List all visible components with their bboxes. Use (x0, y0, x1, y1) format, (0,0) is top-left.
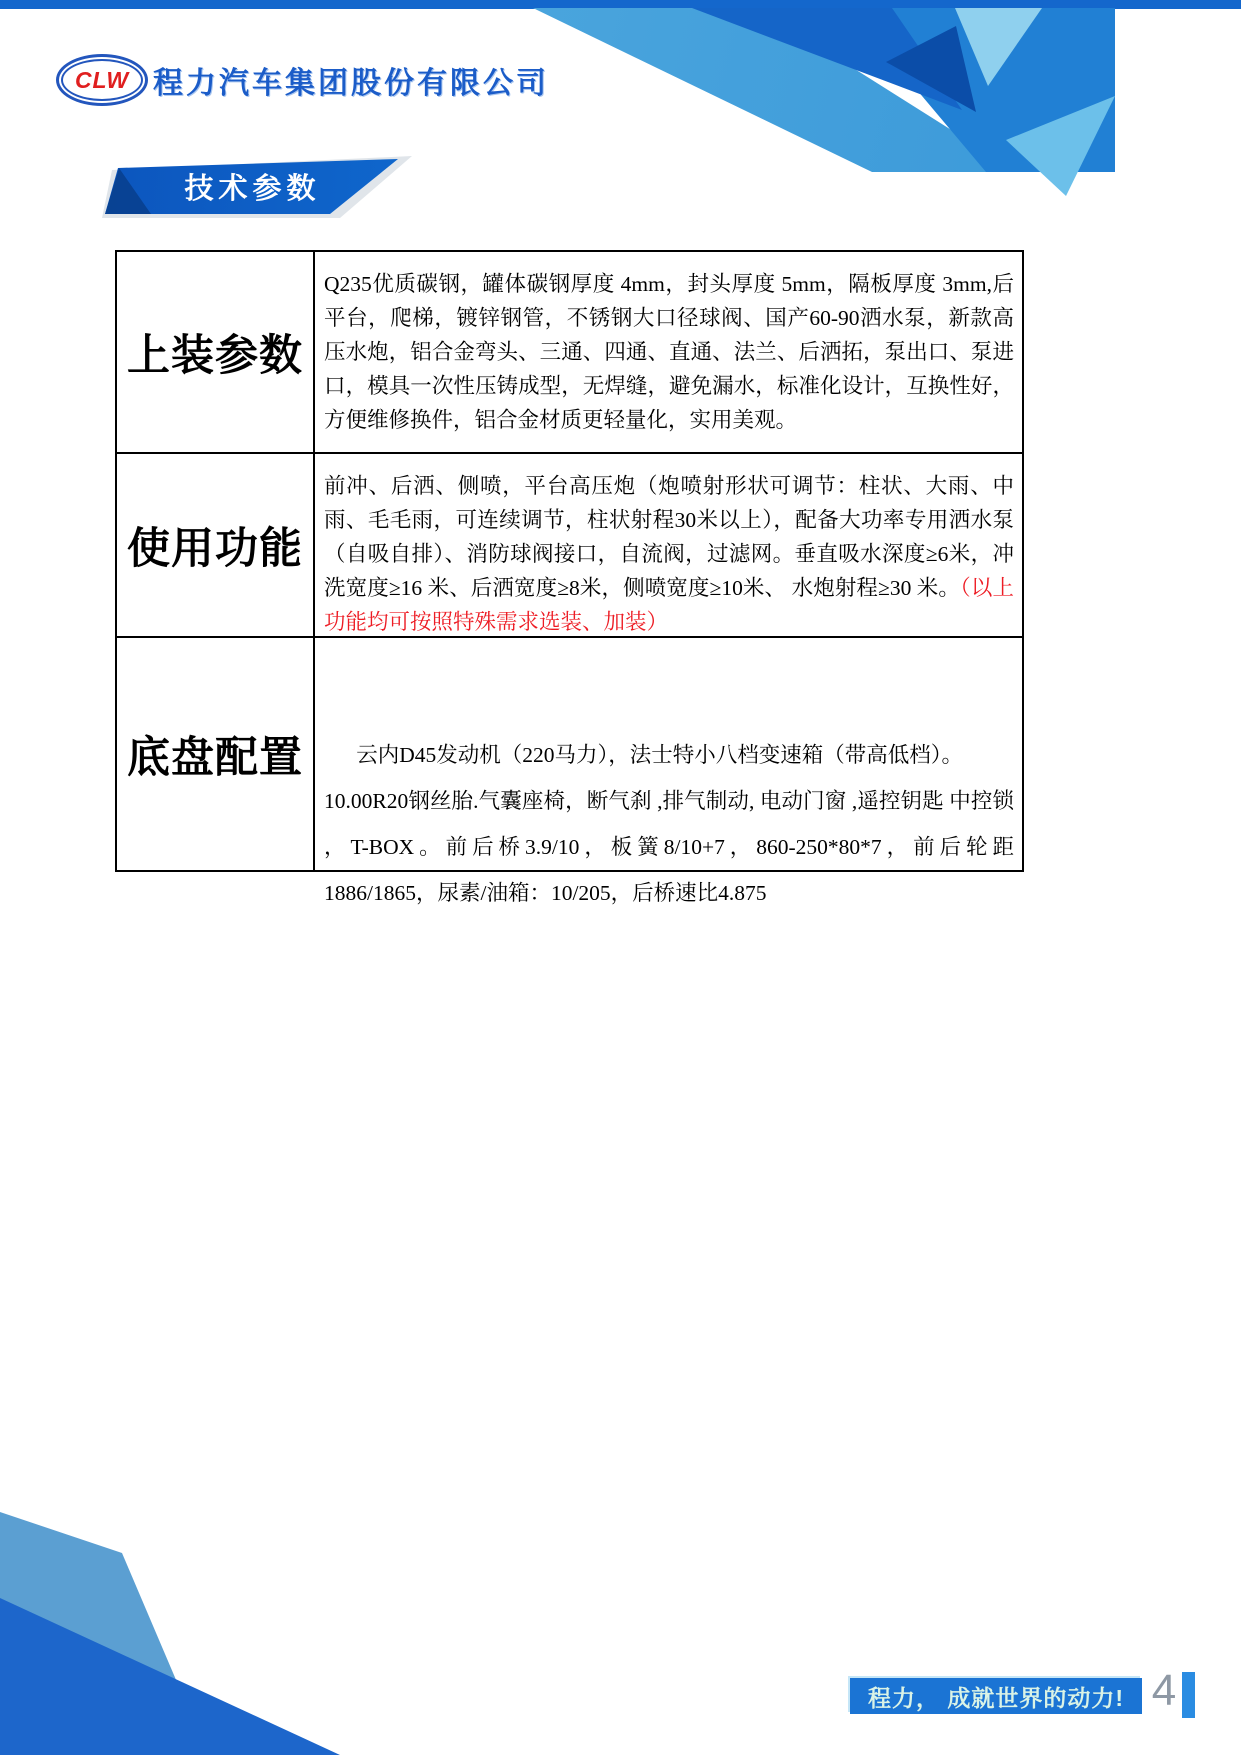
section-title: 技术参数 (120, 161, 385, 211)
company-name: 程力汽车集团股份有限公司 (153, 58, 549, 102)
table-row-text: 前冲、后洒、侧喷，平台高压炮（炮喷射形状可调节：柱状、大雨、中雨、毛毛雨，可连续… (315, 452, 1022, 636)
clw-logo: CLW (56, 54, 148, 106)
spec-table: 上装参数 Q235优质碳钢，罐体碳钢厚度 4mm，封头厚度 5mm，隔板厚度 3… (115, 250, 1024, 872)
table-row-text: 云内D45发动机（220马力），法士特小八档变速箱（带高低档）。 10.00R2… (315, 636, 1022, 870)
table-row-text: Q235优质碳钢，罐体碳钢厚度 4mm，封头厚度 5mm，隔板厚度 3mm,后平… (315, 252, 1022, 452)
row-label-dipanpeizhi: 底盘配置 (117, 636, 315, 870)
spec-text: Q235优质碳钢，罐体碳钢厚度 4mm，封头厚度 5mm，隔板厚度 3mm,后平… (324, 272, 1014, 432)
clw-logo-text: CLW (75, 67, 129, 94)
page-number-accent-bar (1182, 1672, 1195, 1718)
document-page: CLW 程力汽车集团股份有限公司 技术参数 上装参数 Q235优质碳钢，罐体碳钢… (0, 0, 1241, 1755)
row-label-shangzhuang: 上装参数 (117, 252, 315, 452)
clw-logo-ring: CLW (61, 59, 143, 101)
footer-slogan-bar: 程力， 成就世界的动力! (850, 1678, 1142, 1714)
row-label-shiyonggongneng: 使用功能 (117, 452, 315, 636)
top-blue-bar (0, 0, 1241, 9)
spec-text: 前冲、后洒、侧喷，平台高压炮（炮喷射形状可调节：柱状、大雨、中雨、毛毛雨，可连续… (324, 474, 1014, 600)
page-number: 4 (1146, 1666, 1182, 1716)
spec-text: 云内D45发动机（220马力），法士特小八档变速箱（带高低档）。 10.00R2… (324, 743, 1019, 905)
footer-slogan-text: 程力， 成就世界的动力! (868, 1680, 1124, 1713)
